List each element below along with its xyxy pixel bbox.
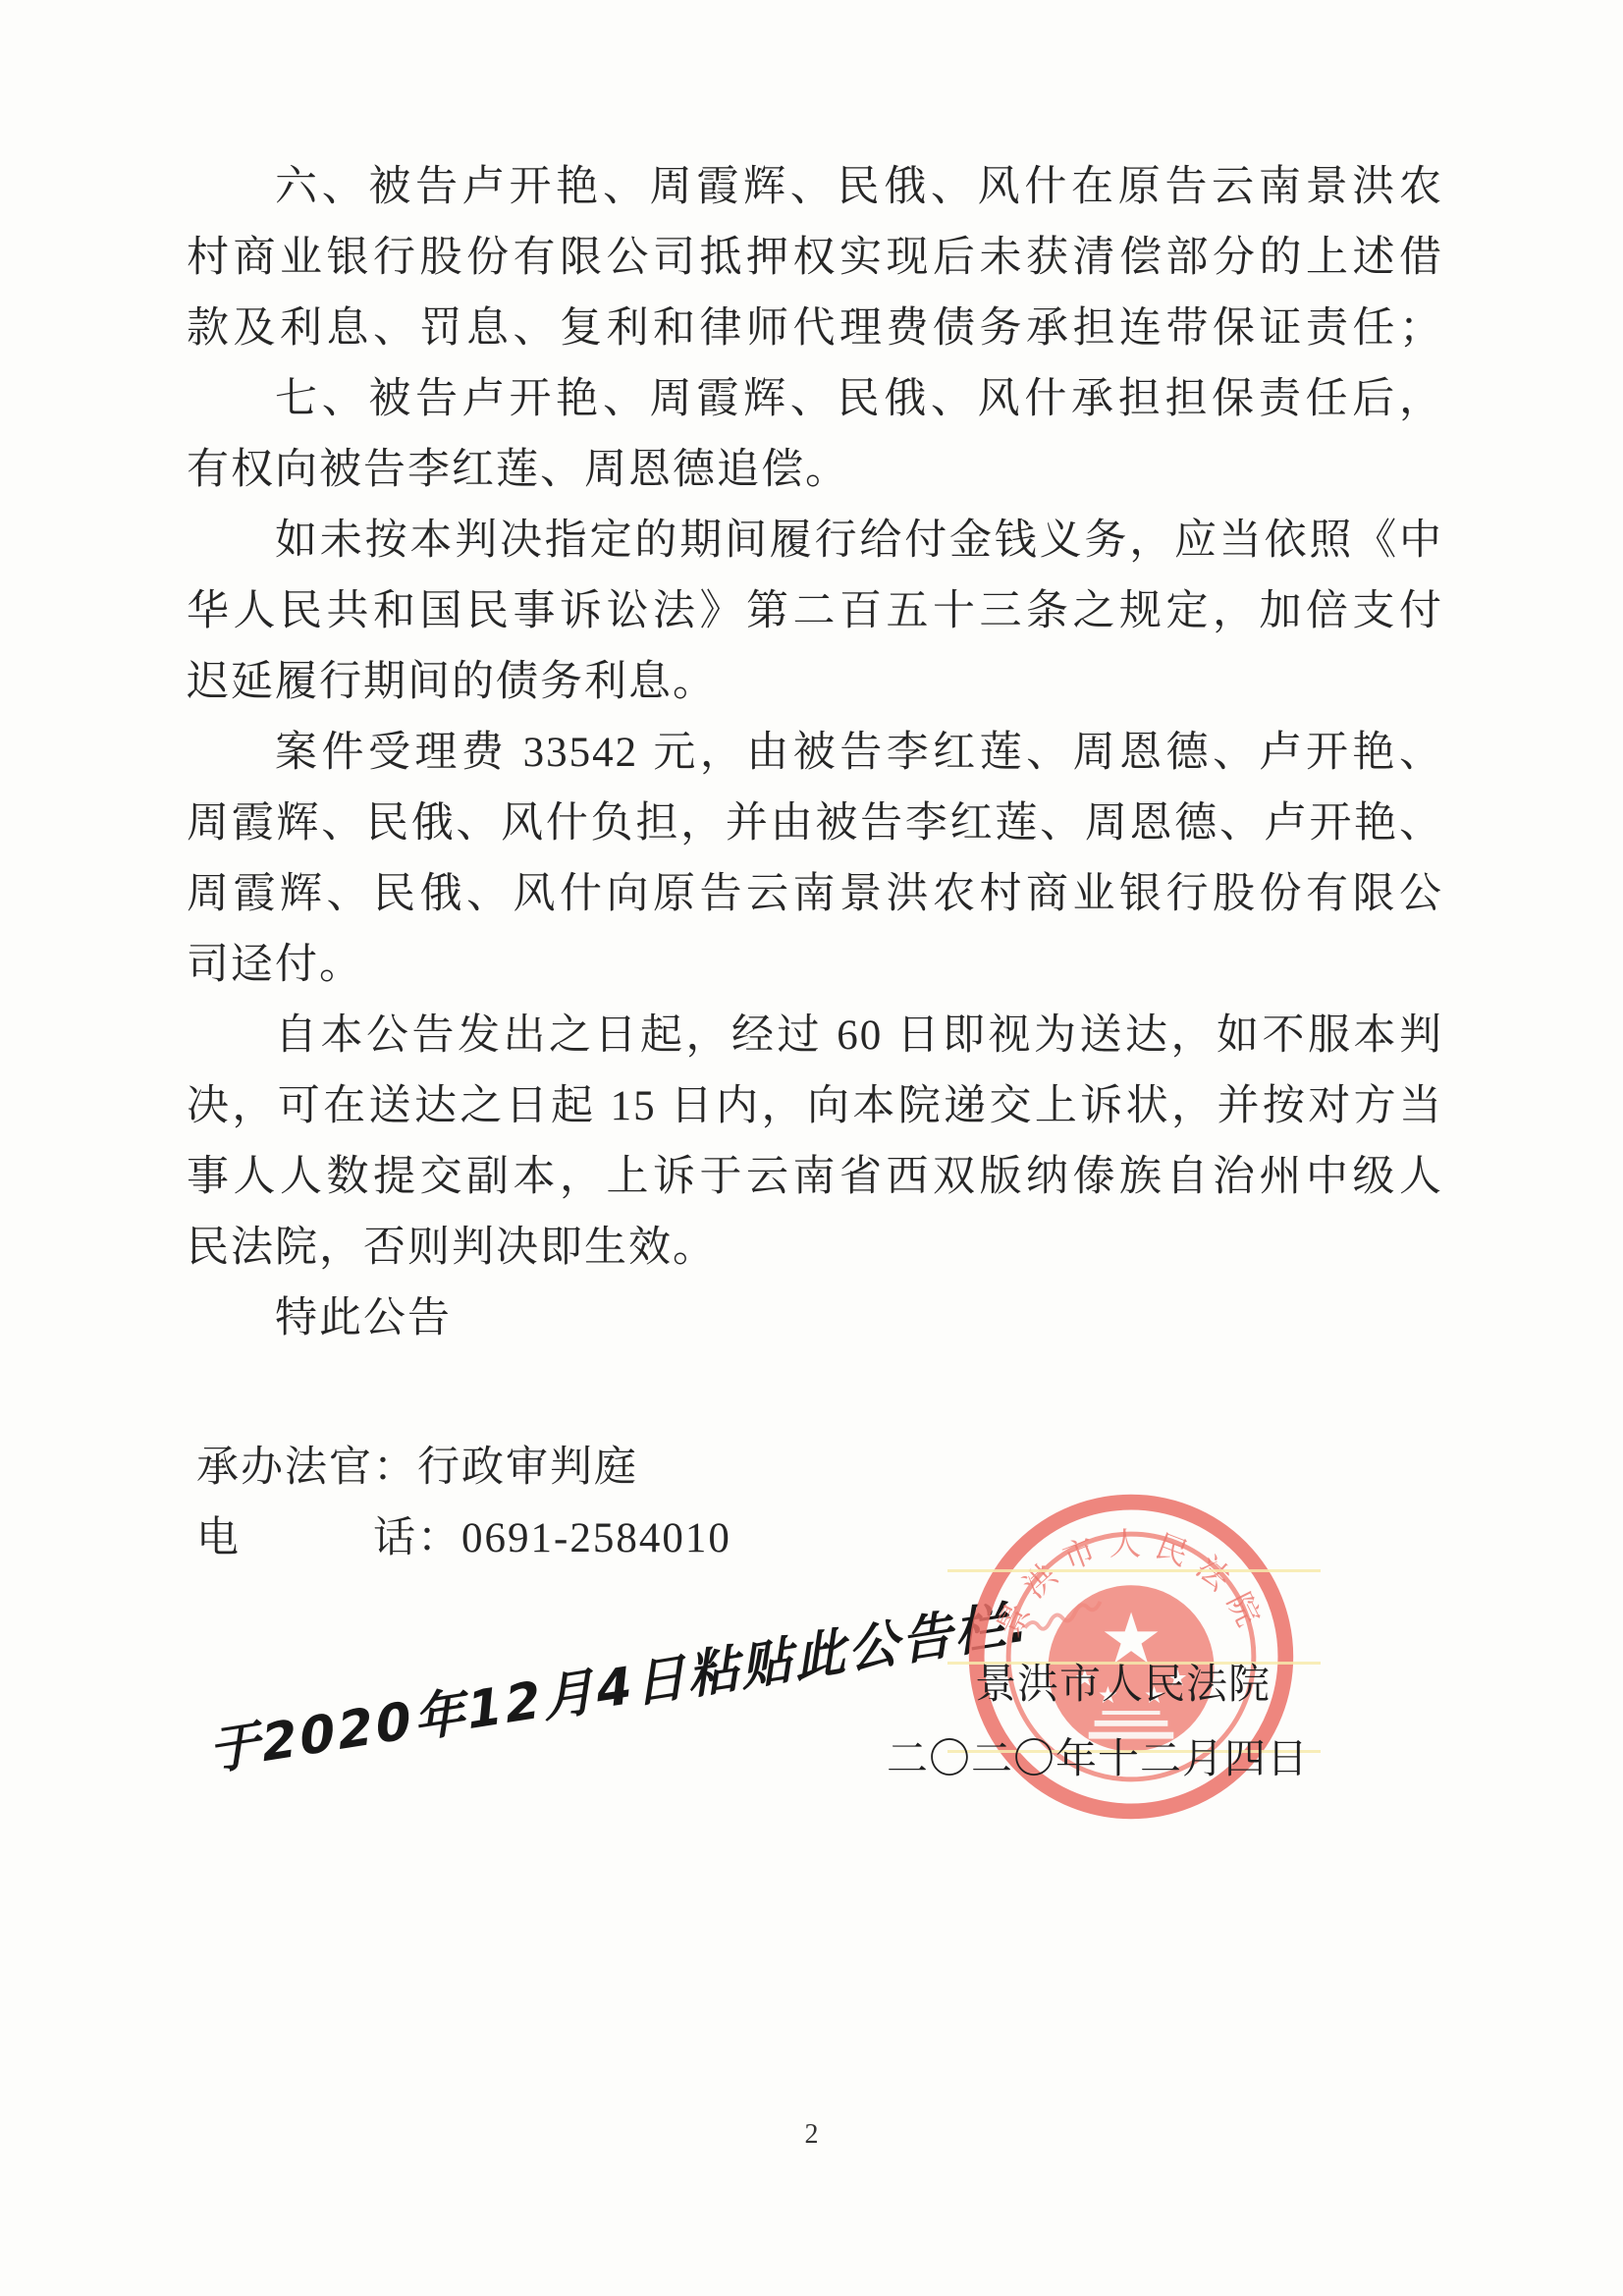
phone-row: 电 话：0691-2584010 bbox=[196, 1503, 731, 1574]
handwritten-note: 于2020年12月4日粘贴此公告栏. bbox=[205, 1607, 871, 1784]
text-line: 司迳付。 bbox=[187, 930, 1443, 1001]
judge-value: 行政审判庭 bbox=[417, 1445, 638, 1491]
text-line: 民法院，否则判决即生效。 bbox=[187, 1213, 1443, 1284]
text-line: 事人人数提交副本，上诉于云南省西双版纳傣族自治州中级人 bbox=[187, 1142, 1443, 1213]
judge-label: 承办法官： bbox=[196, 1445, 417, 1491]
text-line: 决，可在送达之日起 15 日内，向本院递交上诉状，并按对方当 bbox=[187, 1071, 1443, 1142]
scanned-court-announcement-page: 六、被告卢开艳、周霞辉、民俄、风什在原告云南景洪农 村商业银行股份有限公司抵押权… bbox=[0, 0, 1623, 2296]
seal-gate-band bbox=[1103, 1711, 1161, 1715]
text-line: 迟延履行期间的债务利息。 bbox=[187, 647, 1443, 718]
text-line: 有权向被告李红莲、周恩德追偿。 bbox=[187, 435, 1443, 506]
text-line: 华人民共和国民事诉讼法》第二百五十三条之规定，加倍支付 bbox=[187, 576, 1443, 647]
text-line: 自本公告发出之日起，经过 60 日即视为送达，如不服本判 bbox=[187, 1001, 1443, 1071]
seal-gate-band bbox=[1095, 1721, 1168, 1726]
text-line: 七、被告卢开艳、周霞辉、民俄、风什承担担保责任后， bbox=[187, 364, 1443, 435]
text-line: 款及利息、罚息、复利和律师代理费债务承担连带保证责任； bbox=[187, 294, 1443, 364]
text-line: 如未按本判决指定的期间履行给付金钱义务，应当依照《中 bbox=[187, 506, 1443, 576]
document-body: 六、被告卢开艳、周霞辉、民俄、风什在原告云南景洪农 村商业银行股份有限公司抵押权… bbox=[187, 152, 1443, 1354]
issuing-court-name: 景洪市人民法院 bbox=[975, 1652, 1270, 1711]
closing-statement: 特此公告 bbox=[187, 1284, 1443, 1354]
phone-label: 电 话： bbox=[196, 1515, 461, 1561]
judge-row: 承办法官：行政审判庭 bbox=[196, 1433, 731, 1503]
text-line: 周霞辉、民俄、风什向原告云南景洪农村商业银行股份有限公 bbox=[187, 859, 1443, 930]
phone-value: 0691-2584010 bbox=[461, 1515, 731, 1561]
text-line: 六、被告卢开艳、周霞辉、民俄、风什在原告云南景洪农 bbox=[187, 152, 1443, 223]
scan-artifact-line bbox=[947, 1569, 1321, 1572]
page-number: 2 bbox=[0, 2119, 1623, 2151]
text-line: 村商业银行股份有限公司抵押权实现后未获清偿部分的上述借 bbox=[187, 223, 1443, 294]
text-line: 案件受理费 33542 元，由被告李红莲、周恩德、卢开艳、 bbox=[187, 718, 1443, 789]
text-line: 周霞辉、民俄、风什负担，并由被告李红莲、周恩德、卢开艳、 bbox=[187, 789, 1443, 859]
contact-block: 承办法官：行政审判庭 电 话：0691-2584010 bbox=[196, 1433, 731, 1574]
issue-date: 二〇二〇年十二月四日 bbox=[887, 1726, 1319, 1785]
